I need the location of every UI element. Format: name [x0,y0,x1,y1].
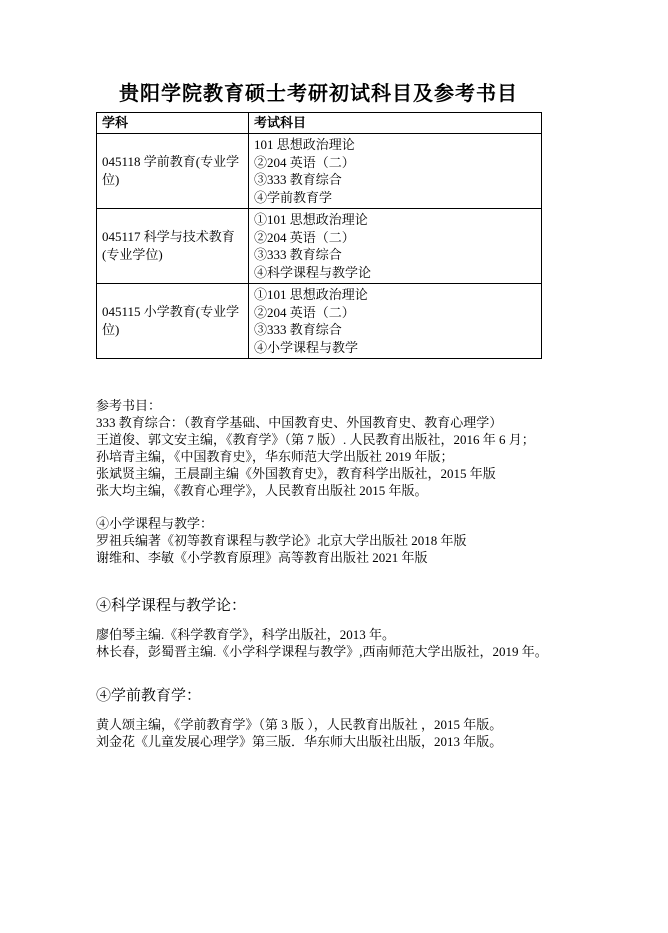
science-curriculum-block: ④科学课程与教学论： 廖伯琴主编.《科学教育学》，科学出版社，2013 年。 林… [96,596,591,660]
reference-line: 廖伯琴主编.《科学教育学》，科学出版社，2013 年。 [96,626,591,643]
exam-line: ②204 英语（二） [254,304,536,322]
reference-line: 张斌贤主编，王晨副主编《外国教育史》，教育科学出版社，2015 年版 [96,465,591,482]
exam-subjects-table: 学科 考试科目 045118 学前教育(专业学位) 101 思想政治理论 ②20… [96,112,542,359]
exams-cell: ①101 思想政治理论 ②204 英语（二） ③333 教育综合 ④小学课程与教… [249,284,542,359]
subject-cell: 045117 科学与技术教育(专业学位) [97,209,249,284]
reference-line: 罗祖兵编著《初等教育课程与教学论》北京大学出版社 2018 年版 [96,532,591,549]
subject-cell: 045115 小学教育(专业学位) [97,284,249,359]
references-section: 参考书目： 333 教育综合：（教育学基础、中国教育史、外国教育史、教育心理学）… [96,397,591,750]
section-heading-science-curriculum: ④科学课程与教学论： [96,596,591,616]
preschool-pedagogy-block: ④学前教育学： 黄人颂主编，《学前教育学》（第 3 版 ），人民教育出版社 ，2… [96,686,591,750]
reference-line: 黄人颂主编，《学前教育学》（第 3 版 ），人民教育出版社 ，2015 年版。 [96,716,591,733]
column-header-subject: 学科 [97,113,249,134]
reference-line: 参考书目： [96,397,591,414]
table-row: 045115 小学教育(专业学位) ①101 思想政治理论 ②204 英语（二）… [97,284,542,359]
table-row: 045117 科学与技术教育(专业学位) ①101 思想政治理论 ②204 英语… [97,209,542,284]
exam-line: ④科学课程与教学论 [254,264,536,282]
exam-line: ④学前教育学 [254,189,536,207]
exam-line: ②204 英语（二） [254,229,536,247]
reference-line: 刘金花《儿童发展心理学》第三版．华东师大出版社出版，2013 年版。 [96,733,591,750]
exam-line: ③333 教育综合 [254,321,536,339]
exams-cell: 101 思想政治理论 ②204 英语（二） ③333 教育综合 ④学前教育学 [249,134,542,209]
reference-line: 孙培青主编，《中国教育史》，华东师范大学出版社 2019 年版； [96,448,591,465]
exam-line: ④小学课程与教学 [254,339,536,357]
exam-line: ②204 英语（二） [254,154,536,172]
reference-line: 谢维和、李敏《小学教育原理》高等教育出版社 2021 年版 [96,549,591,566]
document-title: 贵阳学院教育硕士考研初试科目及参考书目 [96,82,541,106]
primary-curriculum-block: ④小学课程与教学： 罗祖兵编著《初等教育课程与教学论》北京大学出版社 2018 … [96,515,591,566]
table-header-row: 学科 考试科目 [97,113,542,134]
exam-line: ①101 思想政治理论 [254,286,536,304]
reference-line: 333 教育综合：（教育学基础、中国教育史、外国教育史、教育心理学） [96,414,591,431]
subject-cell: 045118 学前教育(专业学位) [97,134,249,209]
table-row: 045118 学前教育(专业学位) 101 思想政治理论 ②204 英语（二） … [97,134,542,209]
document-content: 贵阳学院教育硕士考研初试科目及参考书目 学科 考试科目 045118 学前教育(… [0,0,668,750]
exam-line: ③333 教育综合 [254,246,536,264]
exam-line: ①101 思想政治理论 [254,211,536,229]
reference-line: 张大均主编，《教育心理学》，人民教育出版社 2015 年版。 [96,482,591,499]
exam-line: ③333 教育综合 [254,171,536,189]
references-intro-block: 参考书目： 333 教育综合：（教育学基础、中国教育史、外国教育史、教育心理学）… [96,397,591,499]
section-heading-preschool-pedagogy: ④学前教育学： [96,686,591,706]
document-page: 贵阳学院教育硕士考研初试科目及参考书目 学科 考试科目 045118 学前教育(… [0,0,668,933]
section-heading-primary-curriculum: ④小学课程与教学： [96,515,591,532]
reference-line: 王道俊、郭文安主编，《教育学》（第 7 版）. 人民教育出版社，2016 年 6… [96,431,591,448]
exams-cell: ①101 思想政治理论 ②204 英语（二） ③333 教育综合 ④科学课程与教… [249,209,542,284]
reference-line: 林长春，彭蜀晋主编.《小学科学课程与教学》,西南师范大学出版社，2019 年。 [96,643,591,660]
exam-line: 101 思想政治理论 [254,136,536,154]
column-header-exams: 考试科目 [249,113,542,134]
